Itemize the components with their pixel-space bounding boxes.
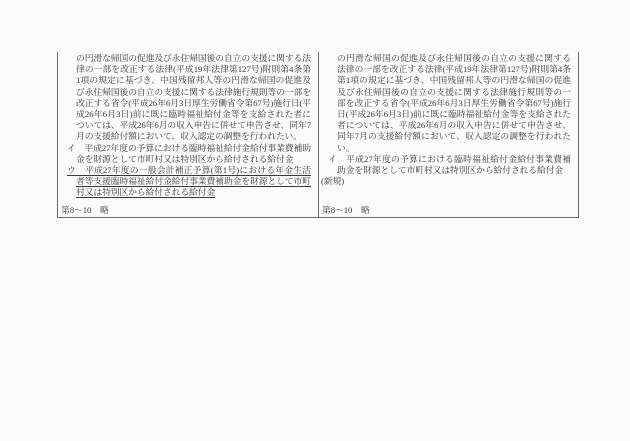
amended-item-u-added-text: ウ 平成27年度の一般会計補正予算(第1号)における年金生活者等支援臨時福祉給付… bbox=[58, 165, 311, 199]
amended-cell-body: の円滑な帰国の促進及び永住帰国後の自立の支援に関する法律の一部を改正する法律(平… bbox=[58, 52, 318, 199]
current-item-i: イ 平成27年度の予算における臨時福祉給付金給付事業費補助金を財源として市町村又… bbox=[319, 154, 571, 176]
current-articles-omitted-note: 第8～10 略 bbox=[322, 205, 370, 215]
comparison-column-current: の円滑な帰国の促進及び永住帰国後の自立の支援に関する法律の一部を改正する法律(平… bbox=[319, 52, 579, 217]
current-cell-body: の円滑な帰国の促進及び永住帰国後の自立の支援に関する法律の一部を改正する法律(平… bbox=[319, 52, 578, 187]
new-provision-marker: (新規) bbox=[319, 176, 571, 187]
current-continued-paragraph: の円滑な帰国の促進及び永住帰国後の自立の支援に関する法律の一部を改正する法律(平… bbox=[337, 53, 571, 154]
amended-item-i: イ 平成27年度の予算における臨時福祉給付金給付事業費補助金を財源として市町村又… bbox=[58, 143, 311, 165]
scanned-document-page: の円滑な帰国の促進及び永住帰国後の自立の支援に関する法律の一部を改正する法律(平… bbox=[0, 0, 630, 441]
comparison-table: の円滑な帰国の促進及び永住帰国後の自立の支援に関する法律の一部を改正する法律(平… bbox=[57, 52, 579, 218]
amended-continued-paragraph: の円滑な帰国の促進及び永住帰国後の自立の支援に関する法律の一部を改正する法律(平… bbox=[76, 53, 311, 143]
amended-articles-omitted-note: 第8～10 略 bbox=[61, 205, 109, 215]
comparison-column-amended: の円滑な帰国の促進及び永住帰国後の自立の支援に関する法律の一部を改正する法律(平… bbox=[57, 52, 319, 217]
